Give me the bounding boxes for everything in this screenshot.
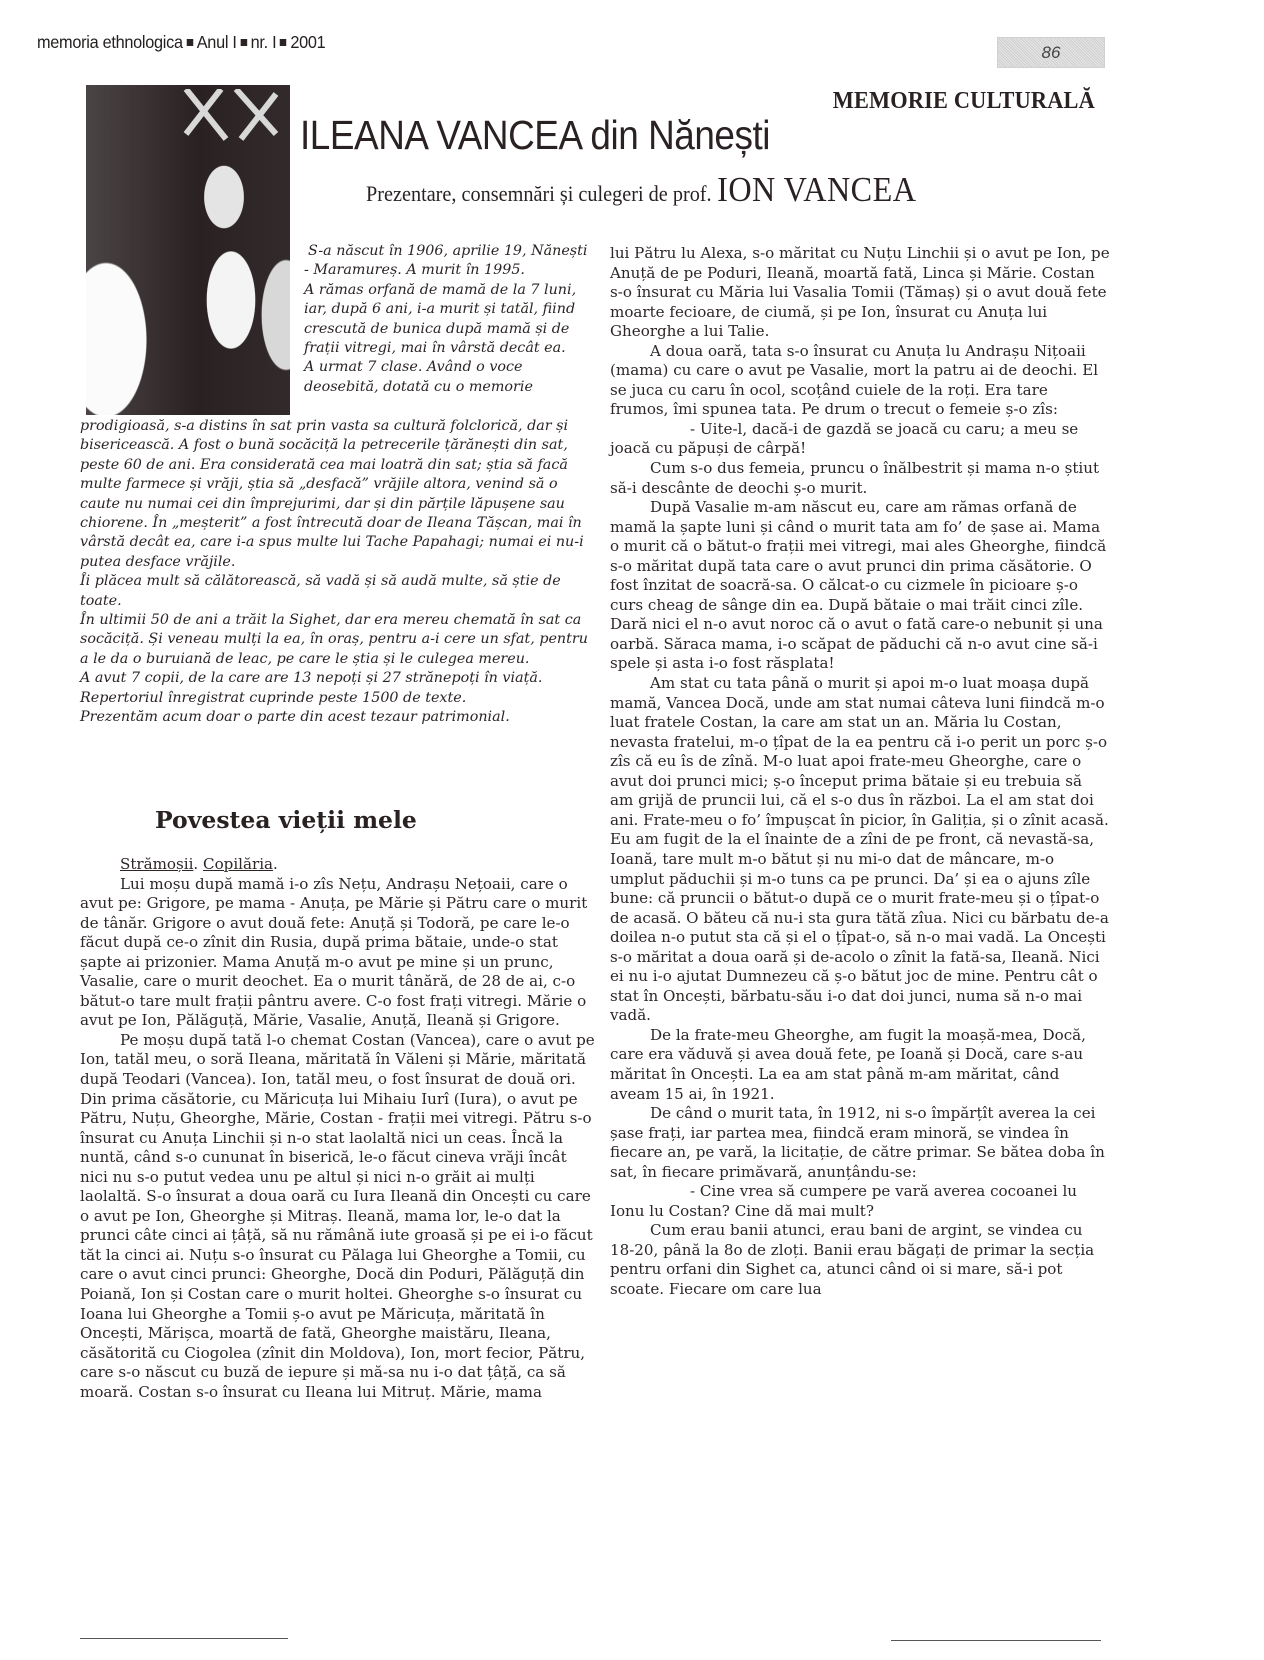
bio-paragraph: Îi plăcea mult să călătorească, să vadă … — [80, 572, 590, 611]
bio-paragraph: A rămas orfană de mamă de la 7 luni, iar… — [304, 281, 589, 359]
volume-label: Anul I — [197, 32, 237, 52]
dialog-line: - Uite-l, dacă-i de gazdă se joacă cu ca… — [610, 420, 1110, 459]
article-subtitle: Prezentare, consemnări și culegeri de pr… — [366, 170, 916, 210]
body-paragraph: Cum s-o dus femeia, pruncu o înălbestrit… — [610, 459, 1110, 498]
bio-caption-side: S-a născut în 1906, aprilie 19, Nănești … — [304, 242, 589, 397]
right-column: lui Pătru lu Alexa, s-o măritat cu Nuțu … — [610, 244, 1110, 1300]
body-paragraph: După Vasalie m-am născut eu, care am răm… — [610, 498, 1110, 674]
body-paragraph: De când o murit tata, în 1912, ni s-o îm… — [610, 1104, 1110, 1182]
body-paragraph: lui Pătru lu Alexa, s-o măritat cu Nuțu … — [610, 244, 1110, 342]
subheading-childhood: Copilăria — [203, 855, 273, 873]
bio-paragraph: Prezentăm acum doar o parte din acest te… — [80, 708, 590, 727]
decorative-cross-icon — [181, 89, 281, 144]
footnote-rule-left — [80, 1638, 288, 1639]
subtitle-prefix: Prezentare, consemnări și culegeri de pr… — [366, 181, 712, 206]
body-paragraph: A doua oară, tata s-o însurat cu Anuța l… — [610, 342, 1110, 420]
article-title: ILEANA VANCEA din Nănești — [300, 112, 770, 159]
body-paragraph: Pe moșu după tată l-o chemat Costan (Van… — [80, 1031, 595, 1402]
body-paragraph: Cum erau banii atunci, erau bani de argi… — [610, 1221, 1110, 1299]
year-label: 2001 — [290, 32, 325, 52]
bio-paragraph: S-a născut în 1906, aprilie 19, Nănești … — [304, 242, 589, 281]
bio-paragraph: A avut 7 copii, de la care are 13 nepoți… — [80, 669, 590, 688]
journal-name: memoria ethnologica — [37, 32, 183, 52]
bio-paragraph: A urmat 7 clase. Având o voce deosebită,… — [304, 358, 589, 397]
bio-caption-full: prodigioasă, s-a distins în sat prin vas… — [80, 417, 590, 728]
page-number: 86 — [997, 37, 1105, 68]
separator-square-icon — [280, 39, 287, 46]
issue-label: nr. I — [251, 32, 277, 52]
running-header: memoria ethnologicaAnul Inr. I2001 — [37, 32, 325, 53]
separator-square-icon — [186, 39, 193, 46]
story-heading: Povestea vieții mele — [155, 806, 417, 834]
section-label: MEMORIE CULTURALĂ — [833, 88, 1095, 115]
body-paragraph: Lui moșu după mamă i-o zîs Nețu, Andrașu… — [80, 875, 595, 1031]
author-name: ION VANCEA — [717, 170, 916, 209]
body-paragraph: Am stat cu tata până o murit și apoi m-o… — [610, 674, 1110, 1026]
separator-square-icon — [240, 39, 247, 46]
left-column: Strămoșii. Copilăria. Lui moșu după mamă… — [80, 855, 595, 1402]
portrait-photo — [86, 85, 290, 415]
body-paragraph: De la frate-meu Gheorghe, am fugit la mo… — [610, 1026, 1110, 1104]
subheading-ancestors: Strămoșii — [120, 855, 193, 873]
bio-paragraph: Repertoriul înregistrat cuprinde peste 1… — [80, 689, 590, 708]
bio-paragraph: În ultimii 50 de ani a trăit la Sighet, … — [80, 611, 590, 669]
subheading-line: Strămoșii. Copilăria. — [80, 855, 595, 875]
dialog-line: - Cine vrea să cumpere pe vară averea co… — [610, 1182, 1110, 1221]
bio-paragraph: prodigioasă, s-a distins în sat prin vas… — [80, 417, 590, 572]
footnote-rule-right — [891, 1640, 1101, 1641]
